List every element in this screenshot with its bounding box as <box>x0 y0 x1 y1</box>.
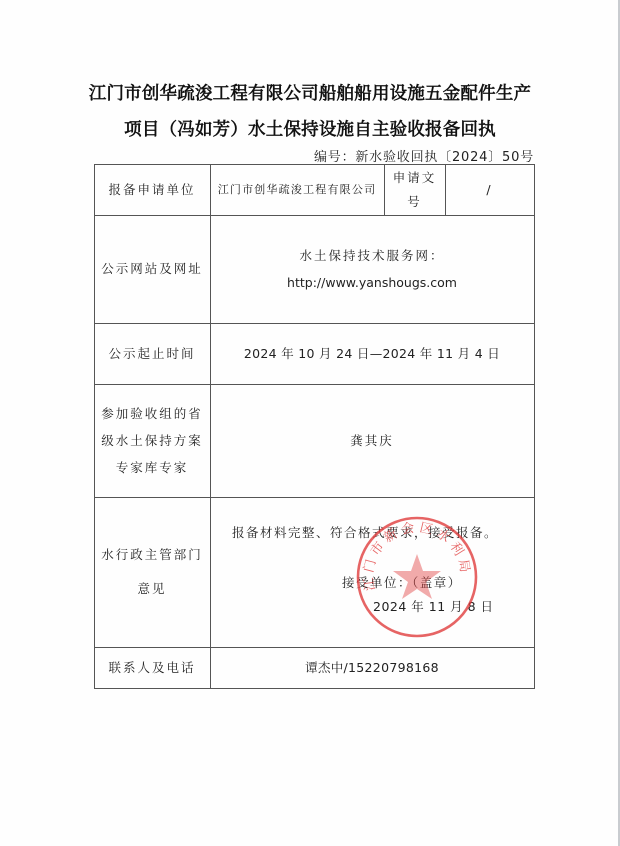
document-title-line-1: 江门市创华疏浚工程有限公司船舶船用设施五金配件生产 <box>0 80 620 105</box>
receipt-table: 报备申请单位 江门市创华疏浚工程有限公司 申请文 号 / 公示网站及网址 水土保… <box>94 164 535 689</box>
value-applicant-unit: 江门市创华疏浚工程有限公司 <box>210 164 384 215</box>
label-authority-opinion-line-1: 水行政主管部门 <box>101 538 203 572</box>
label-application-number-line-1: 申请文 <box>393 166 437 190</box>
opinion-date: 2024 年 11 月 8 日 <box>373 597 494 615</box>
table-border-bottom <box>94 688 535 689</box>
document-number: 编号：新水验收回执〔2024〕50号 <box>314 146 534 165</box>
label-publicity-period: 公示起止时间 <box>94 323 210 384</box>
label-expert: 参加验收组的省 级水土保持方案 专家库专家 <box>94 384 210 497</box>
authority-opinion: 报备材料完整、符合格式要求，接受报备。 接受单位：（盖章） 2024 年 11 … <box>210 497 535 647</box>
value-contact: 谭杰中/15220798168 <box>210 647 534 688</box>
label-authority-opinion-line-2: 意见 <box>137 572 166 606</box>
label-publicity-website: 公示网站及网址 <box>94 215 210 323</box>
value-publicity-period: 2024 年 10 月 24 日—2024 年 11 月 4 日 <box>210 323 534 384</box>
value-publicity-website: 水土保持技术服务网： http://www.yanshougs.com <box>210 215 534 323</box>
website-name: 水土保持技术服务网： <box>299 242 444 269</box>
label-expert-line-2: 级水土保持方案 <box>101 427 203 454</box>
value-application-number: / <box>445 164 534 215</box>
document-title-line-2: 项目（冯如芳）水土保持设施自主验收报备回执 <box>0 116 620 141</box>
label-applicant-unit: 报备申请单位 <box>94 164 210 215</box>
label-contact: 联系人及电话 <box>94 647 210 688</box>
website-url[interactable]: http://www.yanshougs.com <box>287 269 457 296</box>
value-expert: 龚其庆 <box>210 384 534 497</box>
label-authority-opinion: 水行政主管部门 意见 <box>94 497 210 647</box>
label-application-number: 申请文 号 <box>384 164 445 215</box>
label-expert-line-3: 专家库专家 <box>116 454 189 481</box>
opinion-text: 报备材料完整、符合格式要求，接受报备。 <box>232 523 498 541</box>
label-application-number-line-2: 号 <box>407 190 422 214</box>
label-expert-line-1: 参加验收组的省 <box>101 400 203 427</box>
receiver-unit: 接受单位：（盖章） <box>342 573 462 591</box>
